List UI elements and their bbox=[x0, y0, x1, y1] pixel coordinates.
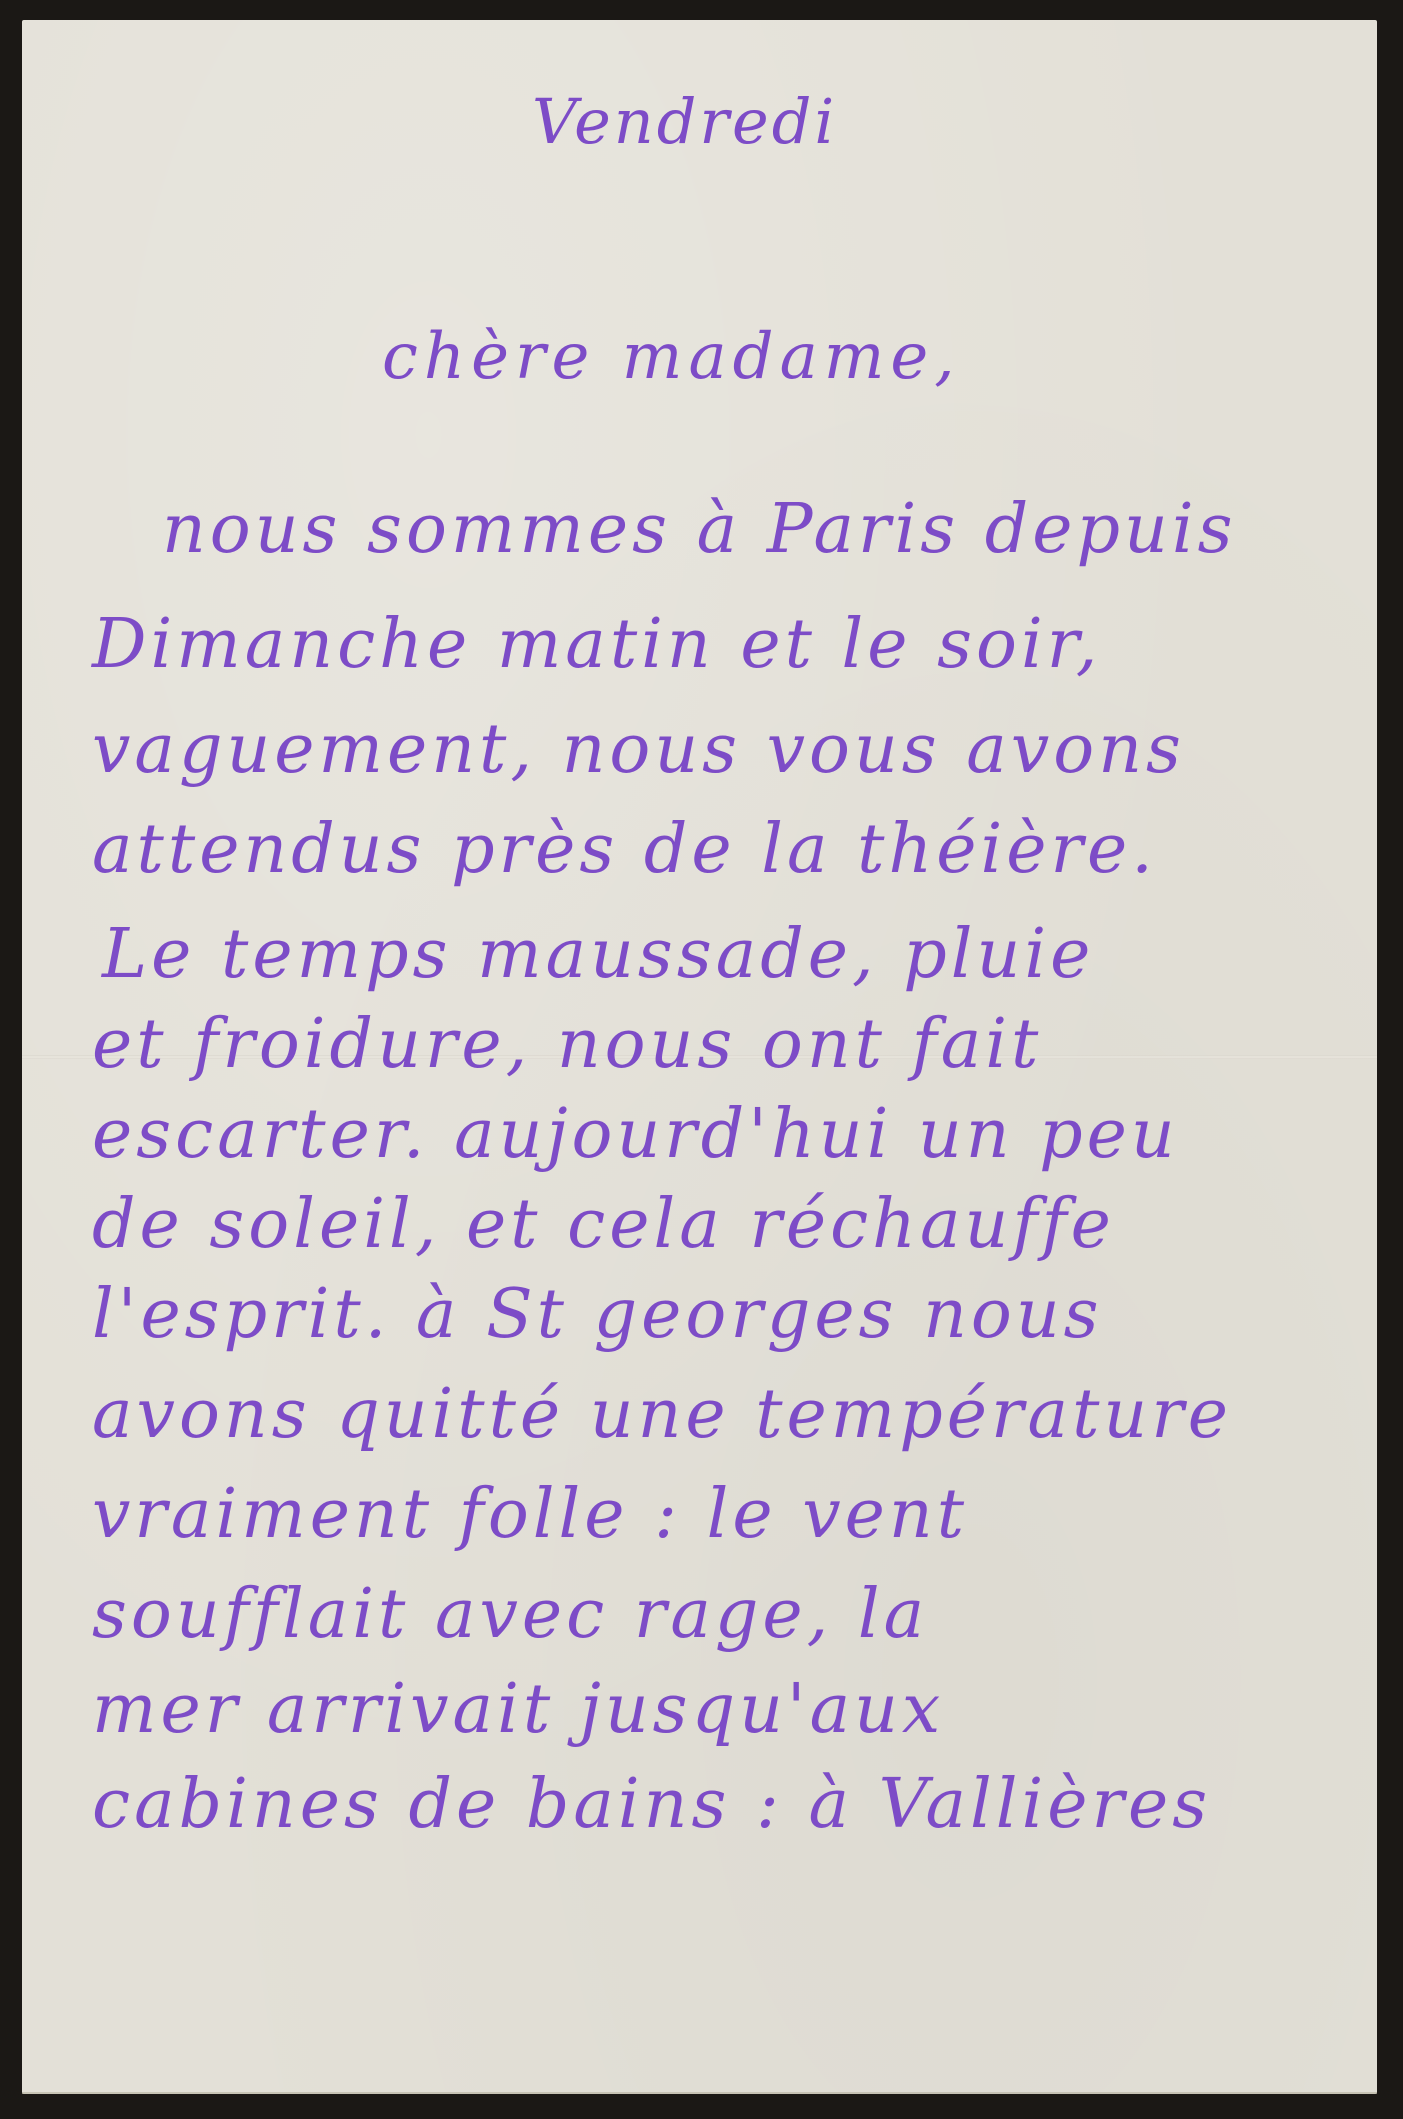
letter-line: de soleil, et cela réchauffe bbox=[92, 1185, 1115, 1264]
letter-line: l'esprit. à St georges nous bbox=[92, 1275, 1103, 1354]
letter-line: attendus près de la théière. bbox=[92, 810, 1157, 889]
letter-line: vraiment folle : le vent bbox=[92, 1475, 968, 1554]
letter-salutation: chère madame, bbox=[382, 320, 961, 394]
letter-line: soufflait avec rage, la bbox=[92, 1575, 928, 1654]
paper-bottom-edge bbox=[22, 2092, 1377, 2094]
letter-line: nous sommes à Paris depuis bbox=[162, 490, 1237, 569]
letter-line: escarter. aujourd'hui un peu bbox=[92, 1095, 1179, 1174]
letter-line: Le temps maussade, pluie bbox=[102, 915, 1094, 994]
letter-line: vaguement, nous vous avons bbox=[92, 710, 1185, 789]
letter-line: avons quitté une température bbox=[92, 1375, 1232, 1454]
letter-line: mer arrivait jusqu'aux bbox=[92, 1670, 944, 1749]
letter-line: cabines de bains : à Vallières bbox=[92, 1765, 1211, 1844]
letter-line: et froidure, nous ont fait bbox=[92, 1005, 1042, 1084]
letter-line: Dimanche matin et le soir, bbox=[92, 605, 1101, 684]
letter-date: Vendredi bbox=[532, 85, 837, 158]
letter-page: Vendredi chère madame, nous sommes à Par… bbox=[22, 20, 1377, 2094]
